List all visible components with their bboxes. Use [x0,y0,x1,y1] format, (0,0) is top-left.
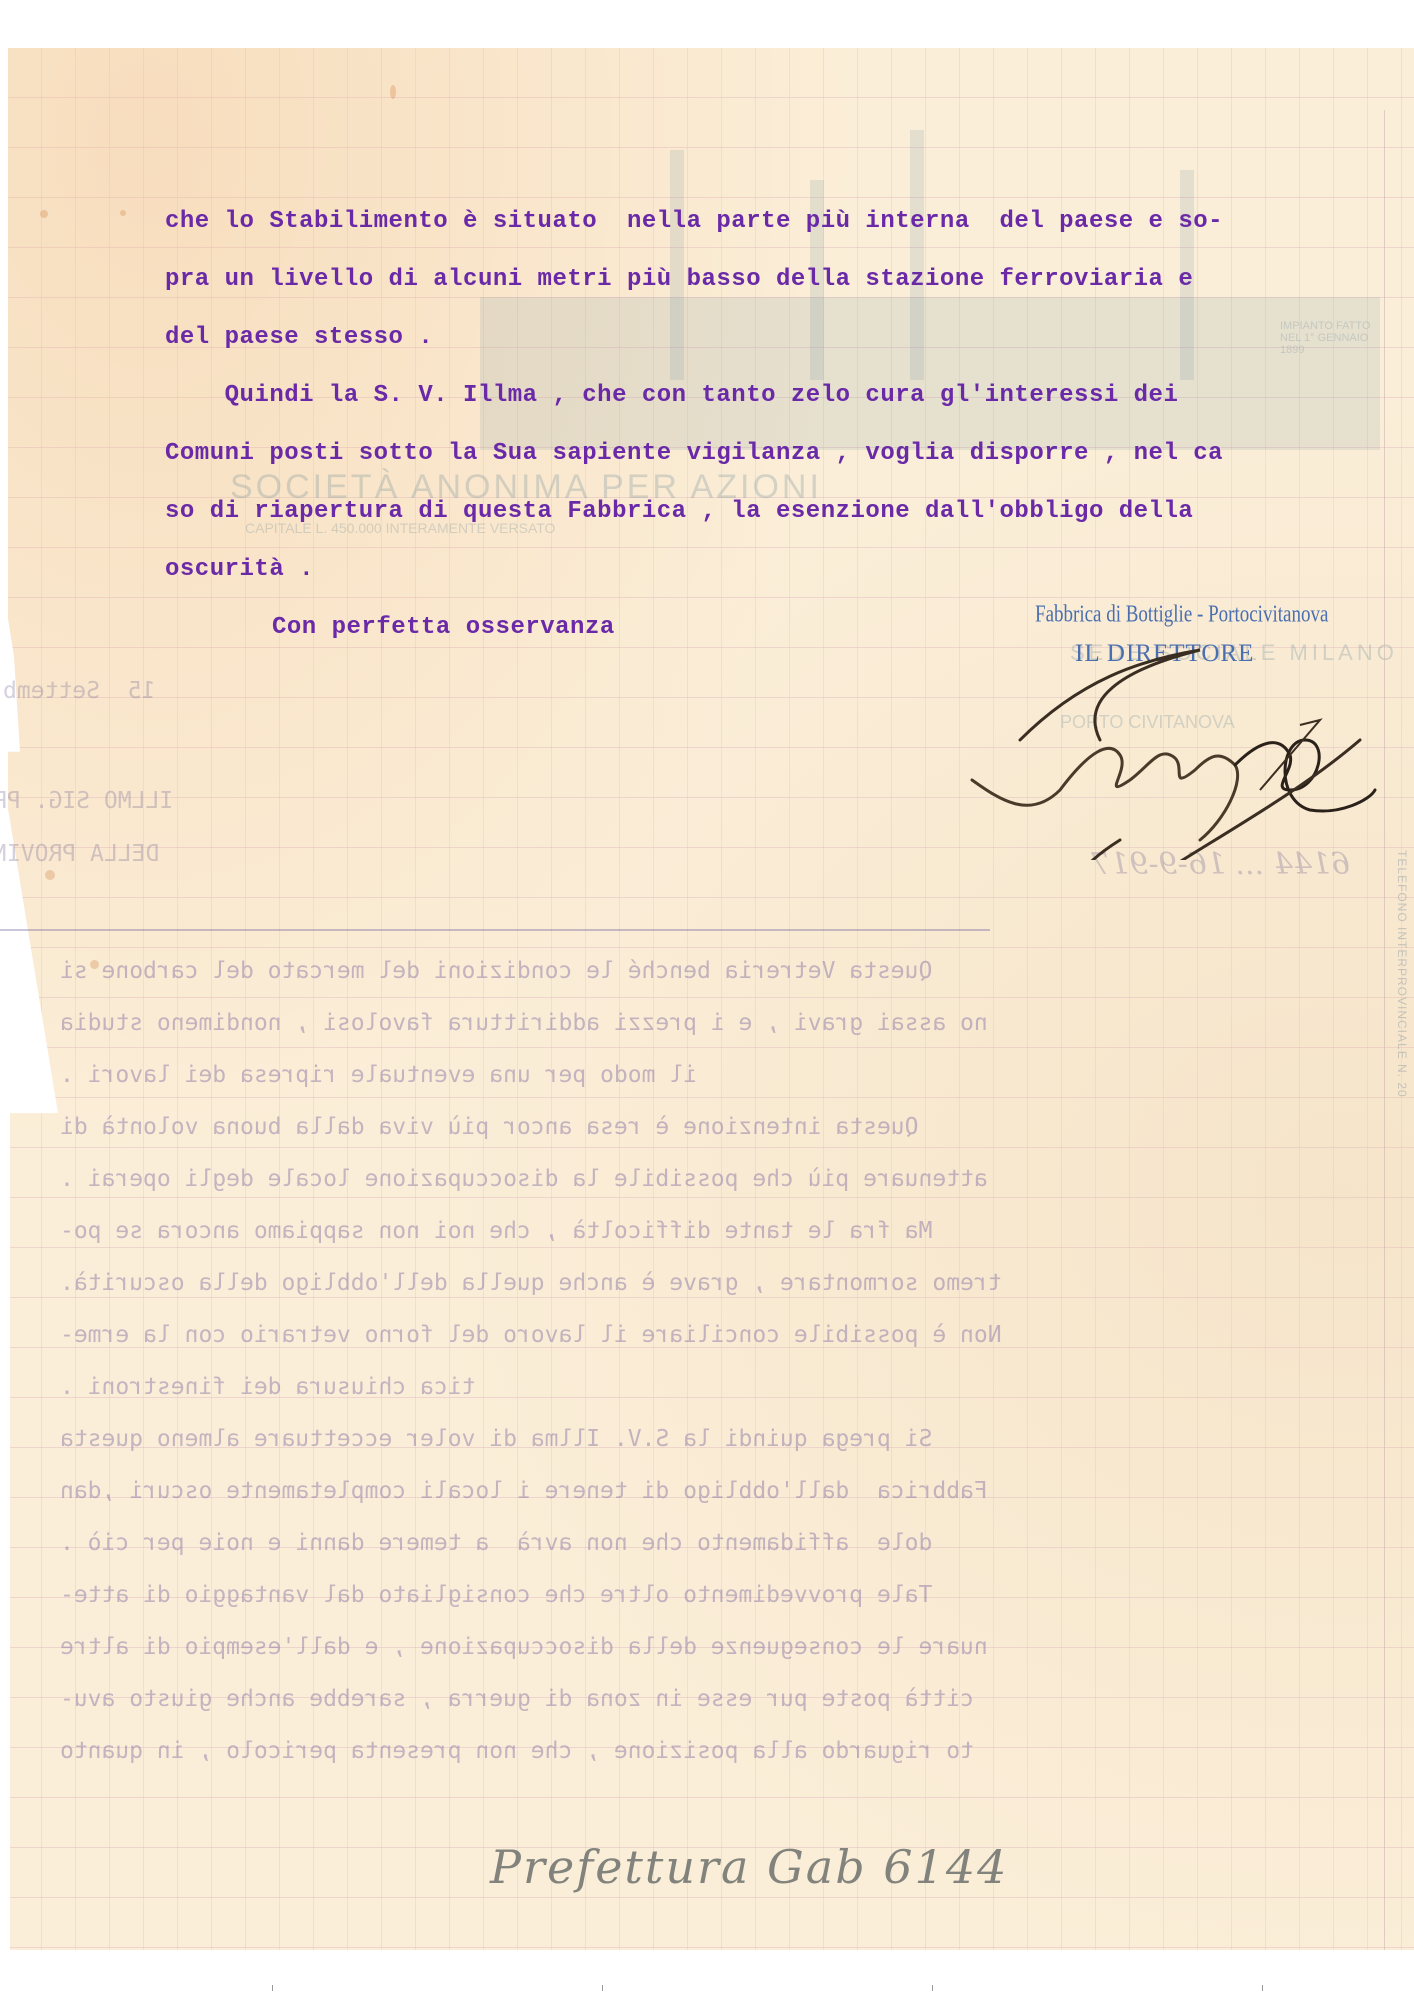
scan-tick [932,1985,933,1991]
show-through-line: nuare le conseguenze della disoccupazion… [60,1636,1390,1659]
show-through-line: il modo per una eventuale ripresa dei la… [60,1064,1390,1087]
show-through-line: Questa intenzione è resa ancor più viva … [60,1116,1390,1139]
scan-tick [272,1985,273,1991]
pencil-annotation: Prefettura Gab 6144 [490,1840,1008,1894]
show-through-line: Ma fra le tante difficoltà , che noi non… [60,1220,1390,1243]
show-through-line: Questa Vetreria benché le condizioni del… [60,960,1390,983]
show-through-line: attenuare più che possibile la disoccupa… [60,1168,1390,1191]
show-through-line: Fabbrica dall'obbligo di tenere i locali… [60,1480,1390,1503]
show-through-line: dole affidamento che non avrà a temere d… [60,1532,1390,1555]
letter-closing: Con perfetta osservanza [272,616,615,640]
chimney-illustration [910,130,924,380]
foxing-stain [45,870,55,880]
show-through-line: Si prega quindi la S.V. Illma di voler e… [60,1428,1390,1451]
letter-line: Comuni posti sotto la Sua sapiente vigil… [165,442,1223,466]
scan-tick [1262,1985,1263,1991]
show-through-addressee-3: M A C E R A T A [0,898,990,931]
show-through-line: to riguardo alla posizione , che non pre… [60,1740,1390,1763]
foxing-stain [40,210,48,218]
foxing-stain [390,85,396,99]
letter-line: che lo Stabilimento è situato nella part… [165,210,1223,234]
letter-line: so di riapertura di questa Fabbrica , la… [165,500,1193,524]
letter-line: del paese stesso . [165,326,433,350]
show-through-line: tica chiusura dei finestroni . [60,1376,1390,1399]
scan-tick [602,1985,603,1991]
letter-line: oscurità . [165,558,314,582]
company-stamp: Fabbrica di Bottiglie - Portocivitanova [1035,601,1328,629]
show-through-line: città poste pur esse in zona di guerra ,… [60,1688,1390,1711]
letter-line: pra un livello di alcuni metri più basso… [165,268,1193,292]
show-through-line: tremo sormontare , grave è anche quella … [60,1272,1390,1295]
show-through-line: Tale provvedimento oltre che consigliato… [60,1584,1390,1607]
foxing-stain [90,960,99,969]
foxing-stain [120,210,126,216]
letter-line: Quindi la S. V. Illma , che con tanto ze… [165,384,1178,408]
show-through-line: Non è possibile conciliare il lavoro del… [60,1324,1390,1347]
chimney-illustration [670,150,684,380]
signature-icon [960,640,1390,860]
letterhead-telephone: TELEFONO INTERPROVINCIALE N. 20 [1395,850,1409,1098]
show-through-line: no assai gravi , e i prezzi addirittura … [60,1012,1390,1035]
